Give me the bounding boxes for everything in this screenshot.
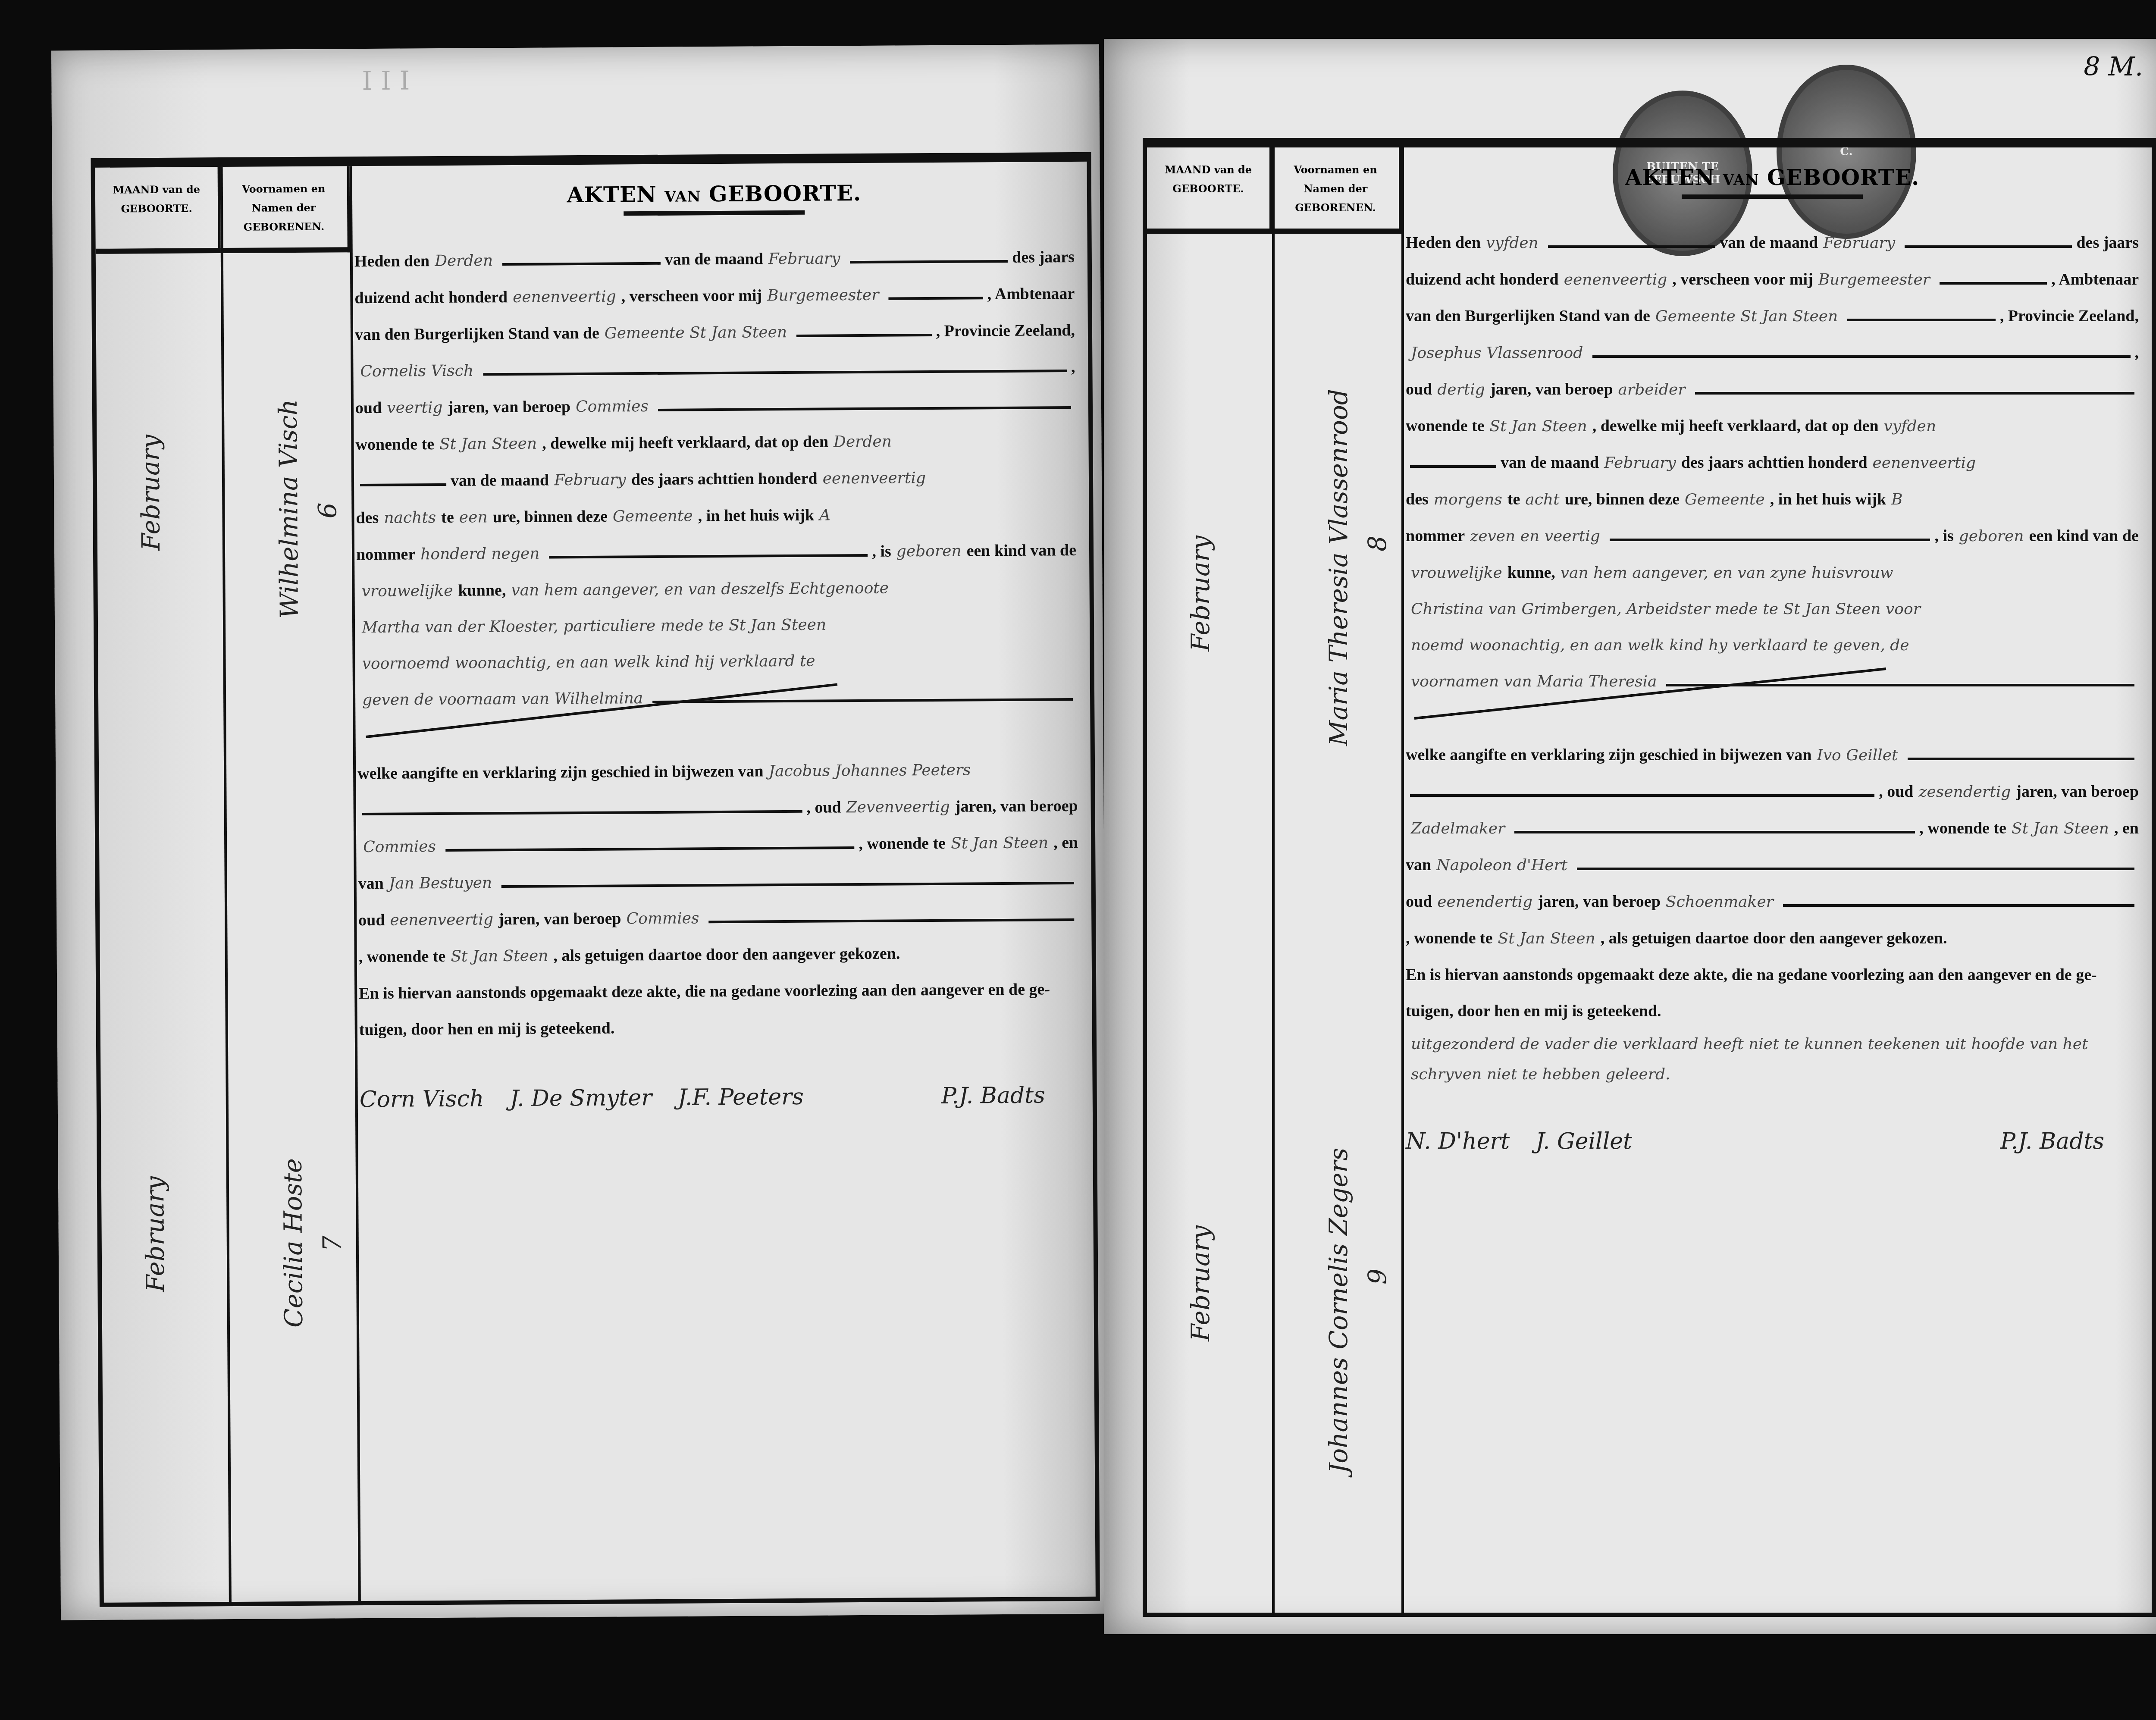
- signatures: Corn Visch J. De Smyter J.F. Peeters P.J…: [359, 1061, 1080, 1134]
- witness1-name: Jacobus Johannes Peeters: [763, 752, 976, 790]
- margin-record-number: 8: [1363, 536, 1392, 551]
- page-title: AKTEN VAN GEBOORTE.: [1406, 165, 2139, 190]
- title-rule: [624, 210, 805, 216]
- profession: Commies: [570, 388, 654, 425]
- annotation: uitgezonderd de vader die verklaard heef…: [1406, 1029, 2139, 1090]
- page-title: AKTEN VAN GEBOORTE.: [354, 179, 1074, 209]
- signature: Corn Visch: [360, 1081, 484, 1118]
- month: February: [763, 241, 846, 277]
- residence: St Jan Steen: [434, 426, 542, 463]
- margin-child-name: Wilhelmina Visch: [273, 399, 304, 619]
- column-divider: [1272, 147, 1275, 1613]
- right-page: 8 M. BUITEN TE ZEEUWSCH C. MAAND van de …: [1104, 39, 2156, 1634]
- title-rule: [1682, 194, 1863, 199]
- bleed-through-text: III: [362, 66, 419, 96]
- signatures: N. D'hert J. Geillet P.J. Badts: [1406, 1107, 2139, 1176]
- margin-record-number: 9: [1363, 1269, 1392, 1285]
- signature: J. De Smyter: [510, 1080, 652, 1117]
- records-column: AKTEN VAN GEBOORTE. Heden denvyfdenvan d…: [1406, 147, 2139, 1176]
- birth-record: Heden denDerdenvan de maandFebruarydes j…: [354, 239, 1080, 1134]
- age: veertig: [382, 390, 448, 426]
- mayor-signature: P.J. Badts: [941, 1077, 1045, 1114]
- column-header-names: Voornamen en Namen der GEBORENEN.: [220, 166, 350, 253]
- column-header-names: Voornamen en Namen der GEBORENEN.: [1272, 147, 1401, 234]
- declarant: Cornelis Visch: [355, 353, 479, 390]
- birth-record: Heden denvyfdenvan de maandFebruarydes j…: [1406, 225, 2139, 1176]
- margin-month: February: [1186, 1225, 1215, 1341]
- signature: J.F. Peeters: [678, 1079, 804, 1116]
- left-page: III MAAND van de GEBOORTE. Voornamen en …: [51, 44, 1109, 1620]
- signature: J. Geillet: [1536, 1123, 1632, 1159]
- folio-number: 8 M.: [2084, 52, 2143, 82]
- margin-month: February: [1186, 536, 1215, 652]
- register-frame: MAAND van de GEBOORTE. Voornamen en Name…: [1143, 138, 2156, 1617]
- mayor-signature: P.J. Badts: [2000, 1123, 2104, 1159]
- margin-record-number: 7: [317, 1235, 347, 1251]
- signature: N. D'hert: [1406, 1123, 1510, 1159]
- margin-month: February: [140, 1176, 170, 1292]
- margin-child-name: Cecilia Hoste: [278, 1158, 308, 1328]
- records-column: AKTEN VAN GEBOORTE. Heden denDerdenvan d…: [354, 162, 1080, 1134]
- margin-child-name: Maria Theresia Vlassenrood: [1324, 389, 1353, 746]
- birth-day: Derden: [828, 423, 897, 460]
- year: eenenveertig: [508, 279, 621, 316]
- margin-child-name: Johannes Cornelis Zegers: [1324, 1148, 1353, 1473]
- official: Burgemeester: [762, 277, 884, 314]
- register-frame: MAAND van de GEBOORTE. Voornamen en Name…: [91, 152, 1100, 1607]
- municipality: Gemeente St Jan Steen: [599, 314, 793, 352]
- column-divider: [220, 167, 232, 1602]
- day: Derden: [429, 243, 498, 279]
- margin-record-number: 6: [313, 502, 342, 518]
- column-divider: [1401, 147, 1404, 1613]
- margin-month: February: [135, 435, 166, 551]
- column-header-month: MAAND van de GEBOORTE.: [95, 167, 221, 254]
- witness2-name: Jan Bestuyen: [384, 865, 498, 902]
- column-header-month: MAAND van de GEBOORTE.: [1147, 147, 1272, 234]
